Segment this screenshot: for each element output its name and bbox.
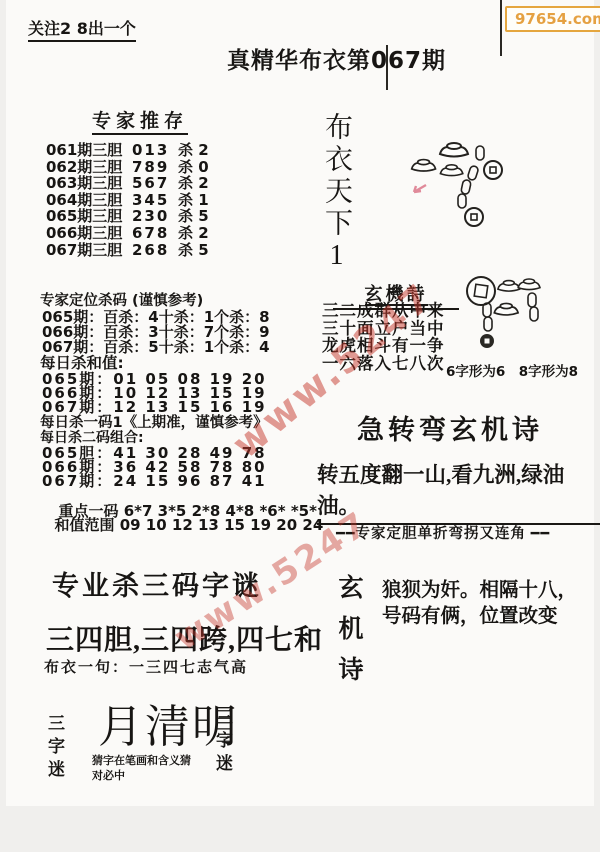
daily-sum-kill-header: 每日杀和值: xyxy=(40,356,124,371)
gold-ingots-coin-chain-figure xyxy=(410,140,510,230)
coin-icon xyxy=(465,208,483,226)
poem-line: 三二成群从中来 xyxy=(322,302,445,320)
table-row: 065期三胆 230 杀 5 xyxy=(46,208,238,225)
chain-link-icon xyxy=(530,307,538,321)
page-title: 真精华布衣第067期 xyxy=(227,42,446,75)
table-row: 063期三胆 567 杀 2 xyxy=(46,175,238,192)
daily-two-row: 067期：24 15 96 87 41 xyxy=(42,474,267,489)
scan-line xyxy=(500,0,502,56)
position-kill-header: 专家定位杀码 (谨慎参考) xyxy=(40,294,203,309)
gold-ingot-icon xyxy=(412,160,436,171)
sharp-turn-title: 急转弯玄机诗 xyxy=(357,408,543,447)
coin-hole xyxy=(485,339,490,344)
gold-ingot-icon xyxy=(498,281,520,292)
kill-cell: 杀 2 xyxy=(178,142,238,159)
daily-sum-kill-row: 067期：12 13 15 16 19 xyxy=(42,400,267,415)
poem-line: 三十面立户当中 xyxy=(322,320,445,338)
period-cell: 064期三胆 xyxy=(46,192,132,209)
table-row: 061期三胆 013 杀 2 xyxy=(46,142,238,159)
poem-line: 一六落入七八次 xyxy=(322,355,445,373)
sum-range-values: 09 10 12 13 15 19 20 24 xyxy=(120,516,324,534)
dan-kua-he-line: 三四胆,三四跨,四七和 xyxy=(46,618,323,658)
riddle-footnote-1: 猜字在笔画和含义猜 xyxy=(92,752,191,768)
expert-dan-table: 061期三胆 013 杀 2 062期三胆 789 杀 0 063期三胆 567… xyxy=(46,142,238,258)
dan-cell: 678 xyxy=(132,225,178,242)
kill-cell: 杀 2 xyxy=(178,225,238,242)
coin-icon xyxy=(484,161,502,179)
wolf-riddle-line: 号码有俩，位置改变 xyxy=(382,604,577,630)
period-cell: 066期三胆 xyxy=(46,225,132,242)
table-row: 064期三胆 345 杀 1 xyxy=(46,192,238,209)
period-cell: 065期三胆 xyxy=(46,208,132,225)
kill-cell: 杀 2 xyxy=(178,175,238,192)
table-row: 066期三胆 678 杀 2 xyxy=(46,225,238,242)
focus-note: 关注2 8出一个 xyxy=(28,16,136,42)
period-cell: 062期三胆 xyxy=(46,159,132,176)
poem-line: 龙虎相斗有一争 xyxy=(322,337,445,355)
three-char-riddle-label-right: 三字迷 xyxy=(210,708,235,777)
chain-link-icon xyxy=(476,146,484,160)
dan-cell: 789 xyxy=(132,159,178,176)
sum-range-label: 和值范围 xyxy=(54,516,114,534)
xuanji-poem: 三二成群从中来 三十面立户当中 龙虎相斗有一争 一六落入七八次 xyxy=(322,302,445,372)
gold-ingot-icon xyxy=(440,165,462,176)
expert-section-header: 专家推存 xyxy=(92,106,188,135)
gold-ingot-icon xyxy=(440,143,468,157)
scan-line xyxy=(386,45,388,90)
site-link-badge[interactable]: 97654.com xyxy=(505,6,600,32)
sum-range-line: 和值范围 09 10 12 13 15 19 20 24 xyxy=(44,503,323,533)
table-row: 062期三胆 789 杀 0 xyxy=(46,159,238,176)
shape-hint-note: 6字形为6 8字形为8 xyxy=(446,360,578,380)
position-kill-row: 067期：百杀：5十杀：1个杀：4 xyxy=(42,340,270,355)
chain-link-icon xyxy=(467,165,479,181)
coin-ingots-chain-figure xyxy=(462,272,550,352)
chain-link-icon xyxy=(528,293,536,307)
wolf-riddle: 狼狈为奸。相隔十八， 号码有俩，位置改变 xyxy=(382,578,577,630)
dan-cell: 345 xyxy=(132,192,178,209)
chain-link-icon xyxy=(483,303,491,317)
expert-dingdan-line: ━━专家定胆单折弯拐又连角 ━━ xyxy=(336,522,550,543)
riddle-footnote-2: 对必中 xyxy=(92,767,125,783)
gold-ingot-icon xyxy=(518,279,540,290)
kill-cell: 杀 5 xyxy=(178,242,238,259)
chain-link-icon xyxy=(461,179,472,194)
period-cell: 061期三胆 xyxy=(46,142,132,159)
pro-kill-riddle-title: 专业杀三码字谜 xyxy=(52,564,262,603)
kill-cell: 杀 1 xyxy=(178,192,238,209)
sharp-turn-line: 转五度翻一山,看九洲,绿油油。 xyxy=(317,458,600,525)
period-cell: 067期三胆 xyxy=(46,242,132,259)
chain-link-icon xyxy=(458,194,466,208)
chain-link-icon xyxy=(484,317,492,331)
kill-cell: 杀 0 xyxy=(178,159,238,176)
three-char-riddle-label-left: 三字迷 xyxy=(42,714,67,783)
daily-one-kill-line: 每日杀一码1《上期准，谨慎参考》 xyxy=(40,416,268,431)
dan-cell: 013 xyxy=(132,142,178,159)
xuanji-vertical-label: 玄机诗 xyxy=(330,574,366,697)
kill-cell: 杀 5 xyxy=(178,208,238,225)
pink-arrow-icon xyxy=(414,185,426,192)
dan-cell: 268 xyxy=(132,242,178,259)
period-cell: 063期三胆 xyxy=(46,175,132,192)
table-row: 067期三胆 268 杀 5 xyxy=(46,242,238,259)
dan-cell: 230 xyxy=(132,208,178,225)
dan-cell: 567 xyxy=(132,175,178,192)
buyi-tianxia-vertical-title: 布衣天下1 xyxy=(316,112,356,275)
buyi-sentence: 布衣一句：一三四七志气高 xyxy=(44,656,248,677)
gold-ingot-icon xyxy=(494,303,518,314)
wolf-riddle-line: 狼狈为奸。相隔十八， xyxy=(382,578,577,604)
